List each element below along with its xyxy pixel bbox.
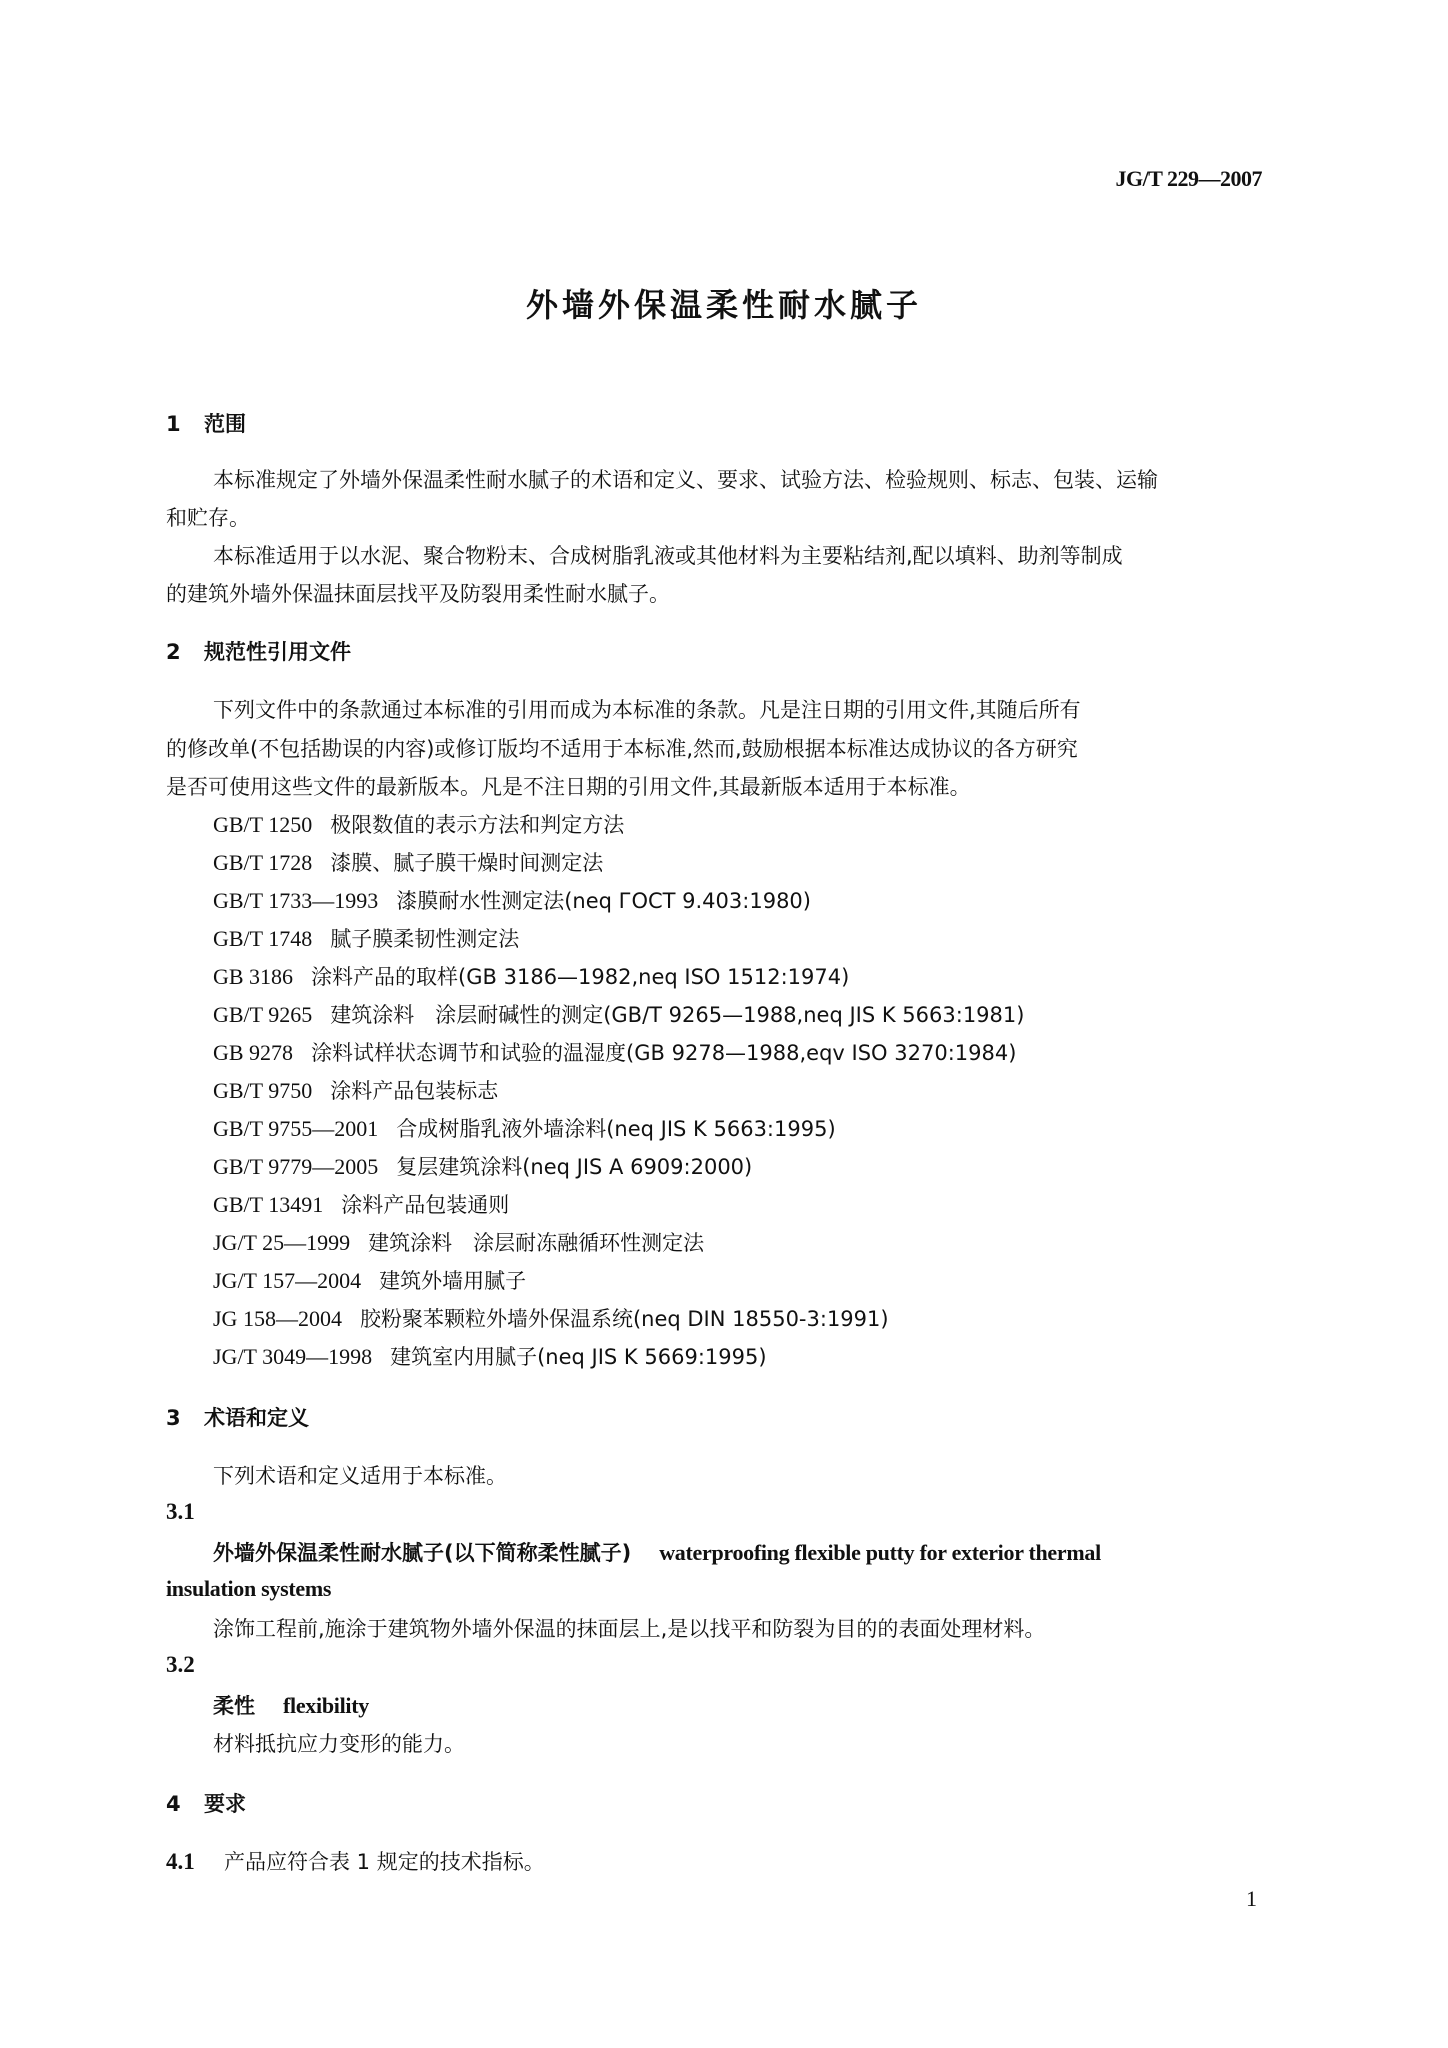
term-english: waterproofing flexible putty for exterio… <box>659 1540 1101 1565</box>
reference-item: GB/T 1250极限数值的表示方法和判定方法 <box>213 809 624 839</box>
clause-4-1: 4.1产品应符合表 1 规定的技术指标。 <box>166 1846 545 1876</box>
reference-code: GB/T 9265 <box>213 1002 312 1027</box>
reference-title: 腻子膜柔韧性测定法 <box>330 927 519 951</box>
reference-code: JG 158—2004 <box>213 1306 342 1331</box>
term-definition: 涂饰工程前,施涂于建筑物外墙外保温的抹面层上,是以找平和防裂为目的的表面处理材料… <box>213 1613 1045 1643</box>
term-english-line2: insulation systems <box>166 1576 331 1601</box>
clause-number: 4.1 <box>166 1849 224 1875</box>
reference-code: GB/T 1250 <box>213 812 312 837</box>
section-title: 规范性引用文件 <box>204 640 351 664</box>
reference-code: GB/T 1733—1993 <box>213 888 378 913</box>
reference-title: 涂料产品包装标志 <box>330 1079 498 1103</box>
reference-code: GB/T 9779—2005 <box>213 1154 378 1179</box>
reference-title: 建筑外墙用腻子 <box>379 1269 526 1293</box>
section-number: 3 <box>166 1406 204 1430</box>
reference-code: GB/T 1728 <box>213 850 312 875</box>
reference-item: GB/T 1733—1993漆膜耐水性测定法(neq ГОСТ 9.403:19… <box>213 885 811 915</box>
reference-title: 复层建筑涂料(neq JIS A 6909:2000) <box>396 1155 752 1179</box>
section-number: 2 <box>166 640 204 664</box>
reference-code: GB/T 9755—2001 <box>213 1116 378 1141</box>
section-title: 范围 <box>204 412 246 436</box>
document-title: 外墙外保温柔性耐水腻子 <box>0 280 1448 326</box>
reference-code: GB/T 1748 <box>213 926 312 951</box>
reference-title: 漆膜耐水性测定法(neq ГОСТ 9.403:1980) <box>396 889 811 913</box>
term-number: 3.2 <box>166 1652 195 1678</box>
section-4-heading: 4要求 <box>166 1788 246 1818</box>
scope-para2-line1: 本标准适用于以水泥、聚合物粉末、合成树脂乳液或其他材料为主要粘结剂,配以填料、助… <box>213 540 1123 570</box>
standard-number: JG/T 229—2007 <box>1115 166 1262 192</box>
reference-code: GB 9278 <box>213 1040 293 1065</box>
reference-item: GB/T 13491涂料产品包装通则 <box>213 1189 509 1219</box>
section-title: 术语和定义 <box>204 1406 309 1430</box>
reference-item: GB/T 1748腻子膜柔韧性测定法 <box>213 923 519 953</box>
reference-title: 涂料产品包装通则 <box>341 1193 509 1217</box>
reference-title: 建筑室内用腻子(neq JIS K 5669:1995) <box>390 1345 766 1369</box>
section-1-heading: 1范围 <box>166 408 246 438</box>
reference-code: JG/T 3049—1998 <box>213 1344 372 1369</box>
term-chinese: 外墙外保温柔性耐水腻子(以下简称柔性腻子) <box>213 1541 631 1565</box>
scope-para1-line2: 和贮存。 <box>166 502 250 532</box>
terms-intro: 下列术语和定义适用于本标准。 <box>213 1460 507 1490</box>
section-number: 4 <box>166 1792 204 1816</box>
reference-item: GB/T 9750涂料产品包装标志 <box>213 1075 498 1105</box>
reference-code: GB/T 9750 <box>213 1078 312 1103</box>
reference-code: JG/T 25—1999 <box>213 1230 350 1255</box>
reference-title: 漆膜、腻子膜干燥时间测定法 <box>330 851 603 875</box>
reference-item: GB/T 9755—2001合成树脂乳液外墙涂料(neq JIS K 5663:… <box>213 1113 836 1143</box>
reference-item: GB 3186涂料产品的取样(GB 3186—1982,neq ISO 1512… <box>213 961 849 991</box>
reference-item: JG 158—2004胶粉聚苯颗粒外墙外保温系统(neq DIN 18550-3… <box>213 1303 889 1333</box>
reference-code: GB 3186 <box>213 964 293 989</box>
reference-title: 涂料试样状态调节和试验的温湿度(GB 9278—1988,eqv ISO 327… <box>311 1041 1016 1065</box>
reference-item: JG/T 25—1999建筑涂料 涂层耐冻融循环性测定法 <box>213 1227 704 1257</box>
term-definition: 材料抵抗应力变形的能力。 <box>213 1728 465 1758</box>
reference-item: GB/T 1728漆膜、腻子膜干燥时间测定法 <box>213 847 603 877</box>
clause-text: 产品应符合表 1 规定的技术指标。 <box>224 1850 545 1874</box>
reference-item: GB/T 9265建筑涂料 涂层耐碱性的测定(GB/T 9265—1988,ne… <box>213 999 1024 1029</box>
document-page: JG/T 229—2007 外墙外保温柔性耐水腻子 1范围 本标准规定了外墙外保… <box>0 0 1448 2048</box>
scope-para2-line2: 的建筑外墙外保温抹面层找平及防裂用柔性耐水腻子。 <box>166 578 670 608</box>
reference-item: JG/T 157—2004建筑外墙用腻子 <box>213 1265 526 1295</box>
term-chinese: 柔性 <box>213 1694 255 1718</box>
reference-title: 建筑涂料 涂层耐碱性的测定(GB/T 9265—1988,neq JIS K 5… <box>330 1003 1024 1027</box>
term-heading: 外墙外保温柔性耐水腻子(以下简称柔性腻子)waterproofing flexi… <box>213 1537 1101 1567</box>
term-heading: 柔性flexibility <box>213 1690 369 1720</box>
refs-intro-line3: 是否可使用这些文件的最新版本。凡是不注日期的引用文件,其最新版本适用于本标准。 <box>166 771 971 801</box>
section-title: 要求 <box>204 1792 246 1816</box>
scope-para1-line1: 本标准规定了外墙外保温柔性耐水腻子的术语和定义、要求、试验方法、检验规则、标志、… <box>213 464 1158 494</box>
page-number: 1 <box>1246 1886 1257 1912</box>
reference-title: 胶粉聚苯颗粒外墙外保温系统(neq DIN 18550-3:1991) <box>360 1307 889 1331</box>
section-2-heading: 2规范性引用文件 <box>166 636 351 666</box>
reference-item: GB 9278涂料试样状态调节和试验的温湿度(GB 9278—1988,eqv … <box>213 1037 1016 1067</box>
term-number: 3.1 <box>166 1499 195 1525</box>
reference-code: JG/T 157—2004 <box>213 1268 361 1293</box>
reference-title: 合成树脂乳液外墙涂料(neq JIS K 5663:1995) <box>396 1117 835 1141</box>
reference-title: 建筑涂料 涂层耐冻融循环性测定法 <box>368 1231 704 1255</box>
term-english: flexibility <box>283 1693 369 1718</box>
reference-title: 涂料产品的取样(GB 3186—1982,neq ISO 1512:1974) <box>311 965 849 989</box>
reference-item: JG/T 3049—1998建筑室内用腻子(neq JIS K 5669:199… <box>213 1341 767 1371</box>
refs-intro-line2: 的修改单(不包括勘误的内容)或修订版均不适用于本标准,然而,鼓励根据本标准达成协… <box>166 733 1078 763</box>
refs-intro-line1: 下列文件中的条款通过本标准的引用而成为本标准的条款。凡是注日期的引用文件,其随后… <box>213 694 1081 724</box>
section-3-heading: 3术语和定义 <box>166 1402 309 1432</box>
section-number: 1 <box>166 412 204 436</box>
reference-code: GB/T 13491 <box>213 1192 323 1217</box>
reference-item: GB/T 9779—2005复层建筑涂料(neq JIS A 6909:2000… <box>213 1151 752 1181</box>
term-english-continued: insulation systems <box>166 1576 331 1602</box>
reference-title: 极限数值的表示方法和判定方法 <box>330 813 624 837</box>
